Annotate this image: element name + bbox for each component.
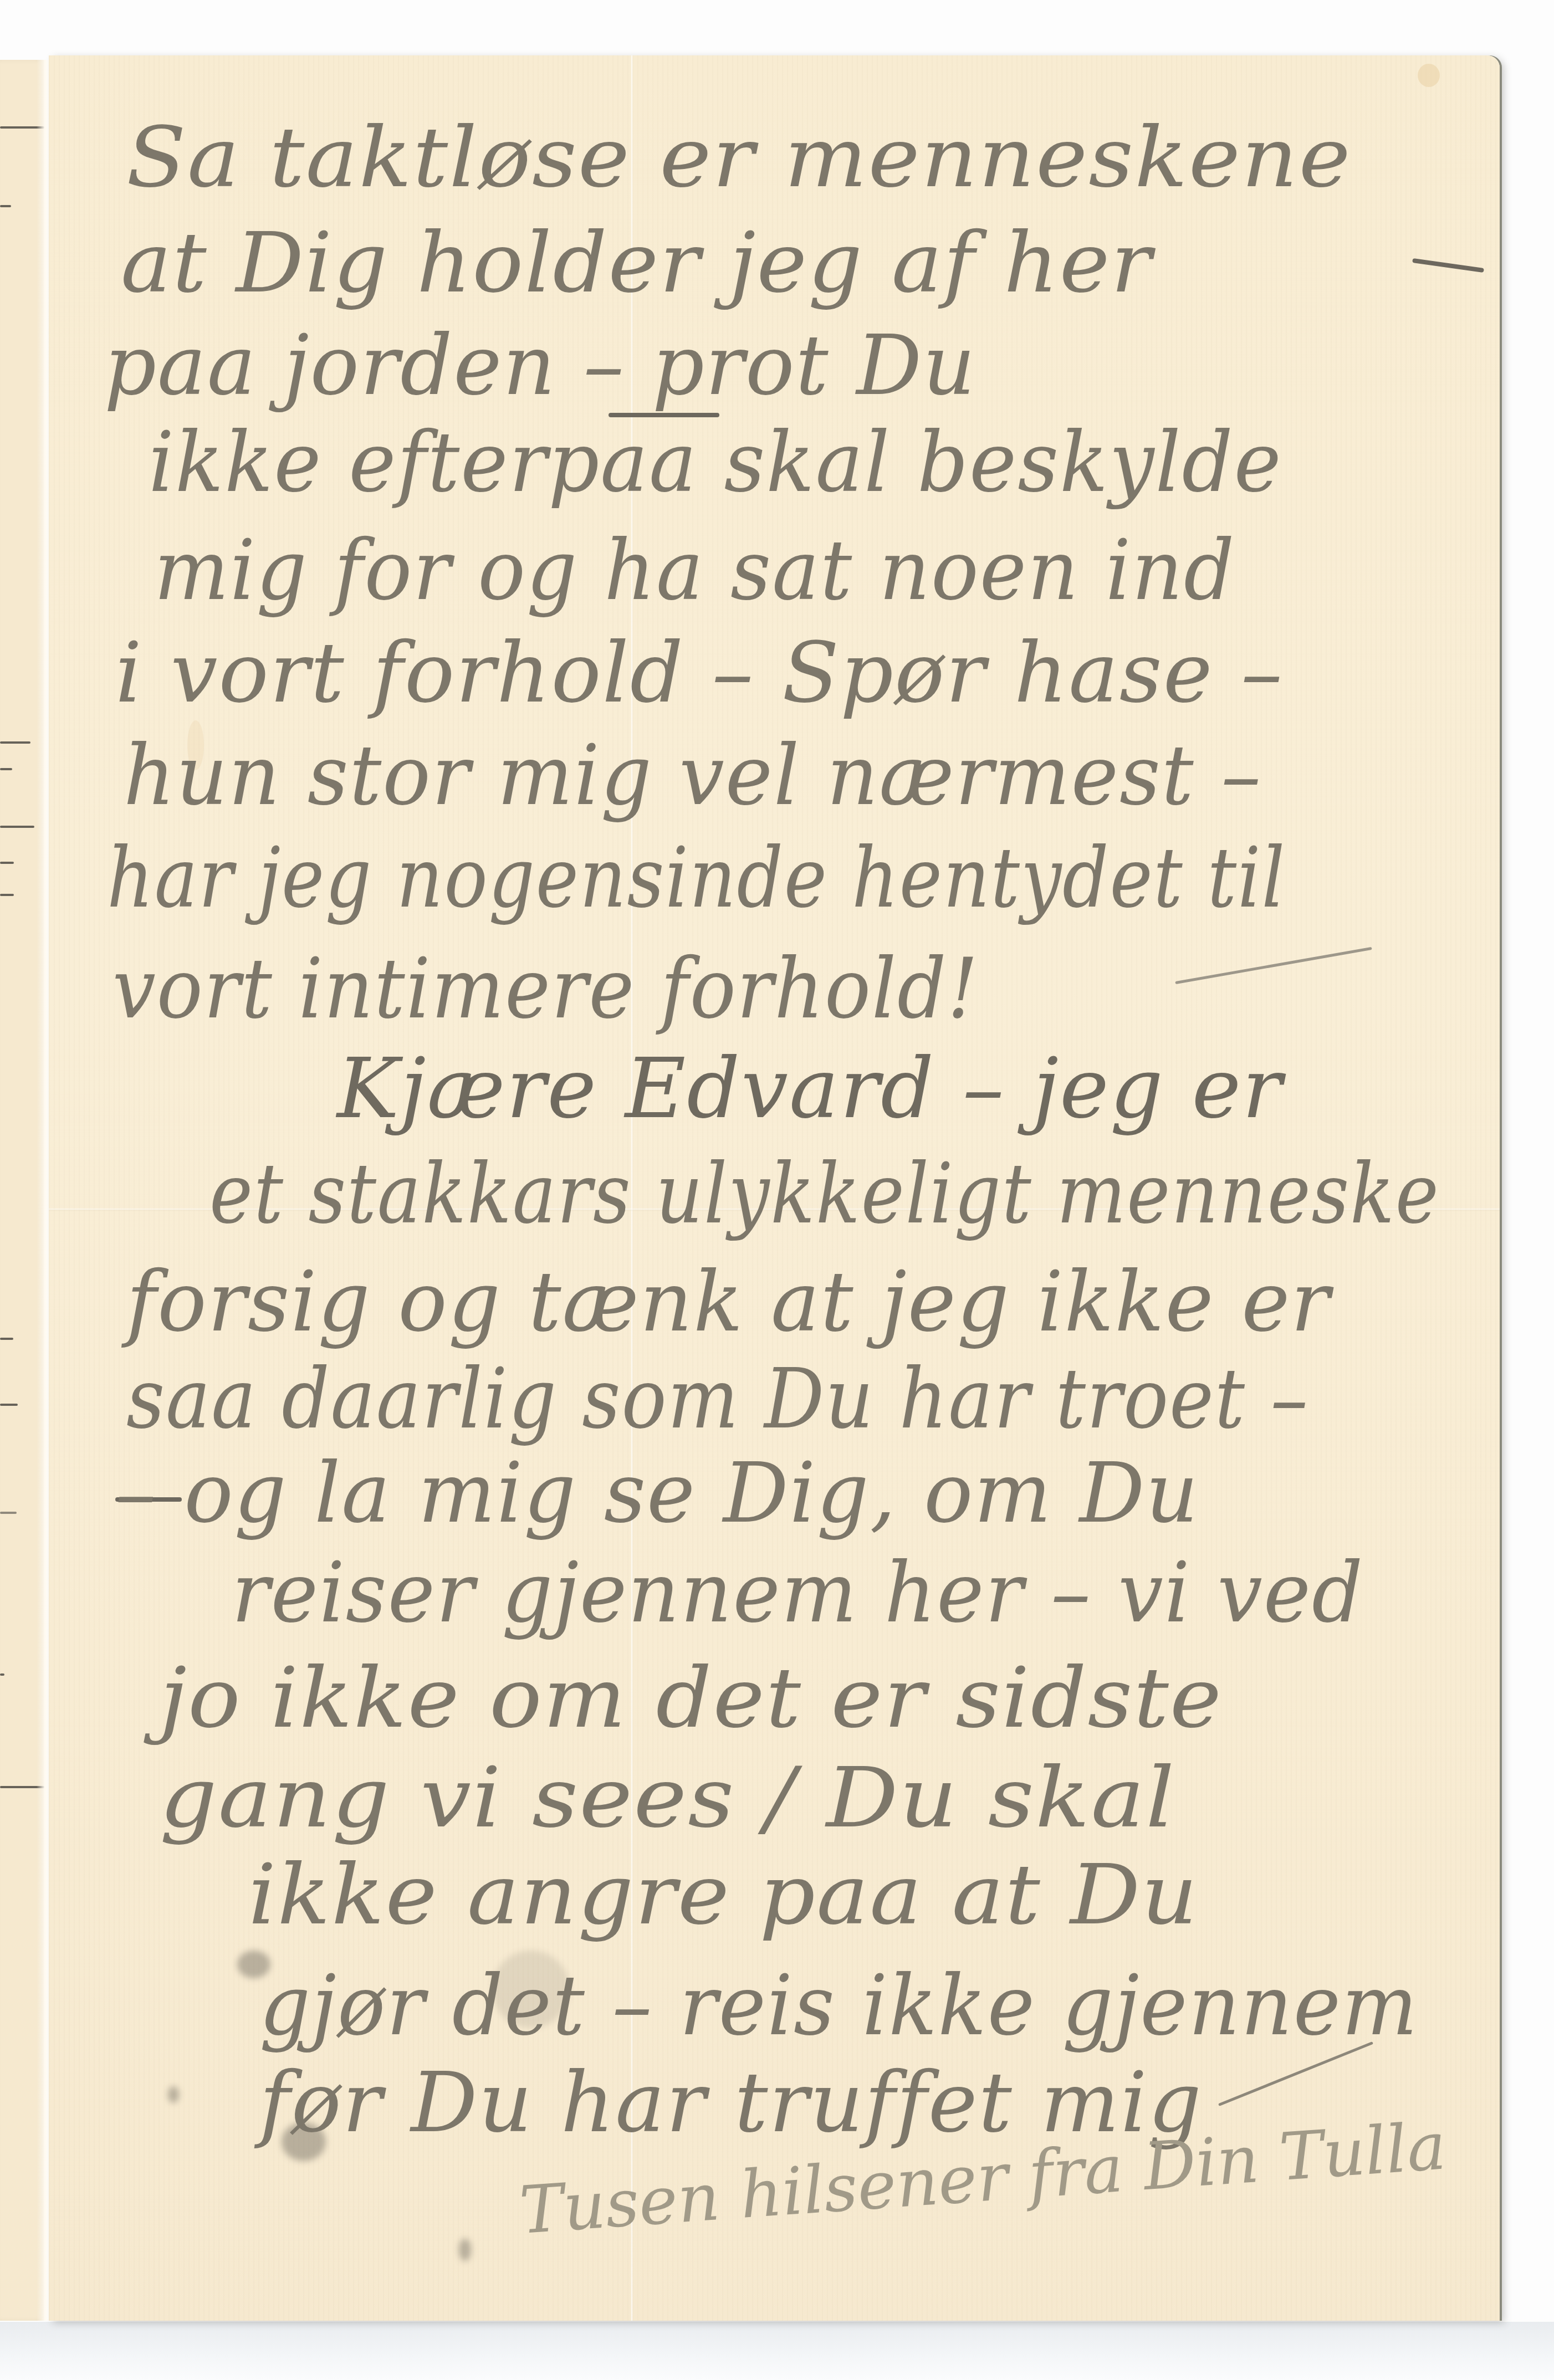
- letter-line: – og la mig se Dig, om Du: [115, 1452, 1199, 1535]
- letter-line: mig for og ha sat noen ind: [154, 529, 1235, 612]
- prev-page-stroke: [0, 1338, 13, 1340]
- ink-smudge: [168, 2086, 179, 2103]
- prev-page-stroke: [0, 768, 12, 770]
- ink-smudge: [459, 2239, 471, 2261]
- letter-line: gang vi sees / Du skal: [160, 1757, 1175, 1840]
- letter-line: reiser gjennem her – vi ved: [232, 1552, 1364, 1635]
- letter-line: gjør det – reis ikke gjennem: [259, 1964, 1418, 2048]
- letter-page: Sa taktløse er menneskene at Dig holder …: [49, 55, 1500, 2321]
- letter-line: jo ikke om det er sidste: [160, 1657, 1223, 1740]
- prev-page-stroke: [0, 205, 11, 207]
- prev-page-stroke: [0, 1404, 18, 1406]
- letter-line: før Du har truffet mig: [259, 2061, 1203, 2144]
- letter-line: Sa taktløse er menneskene: [126, 116, 1352, 199]
- letter-line: ikke efterpaa skal beskylde: [149, 421, 1282, 504]
- letter-line: vort intimere forhold!: [113, 948, 979, 1031]
- line-end-flourish: [1412, 258, 1484, 273]
- closing-flourish: [1175, 947, 1372, 984]
- letter-line: ikke angre paa at Du: [248, 1854, 1199, 1937]
- prev-page-stroke: [0, 1673, 4, 1676]
- prev-page-stroke: [0, 862, 14, 864]
- letter-line: at Dig holder jeg af her: [121, 222, 1153, 305]
- prev-page-stroke: [0, 741, 30, 744]
- letter-line: hun stor mig vel nærmest –: [124, 734, 1262, 817]
- letter-line: har jeg nogensinde hentydet til: [107, 837, 1286, 920]
- letter-line: paa jorden – prot Du: [104, 324, 977, 407]
- letter-line: forsig og tænk at jeg ikke er: [126, 1261, 1331, 1344]
- prev-page-stroke: [0, 826, 34, 828]
- letter-line: et stakkars ulykkeligt menneske: [209, 1153, 1440, 1236]
- letter-line: i vort forhold – Spør hase –: [115, 632, 1284, 715]
- prev-page-stroke: [0, 1512, 17, 1514]
- letter-line: saa daarlig som Du har troet –: [126, 1358, 1309, 1441]
- letter-line: Kjære Edvard – jeg er: [337, 1047, 1283, 1130]
- paper-stain: [1418, 64, 1440, 87]
- scanner-bed-shadow: [0, 2322, 1554, 2380]
- prev-page-stroke: [0, 894, 14, 896]
